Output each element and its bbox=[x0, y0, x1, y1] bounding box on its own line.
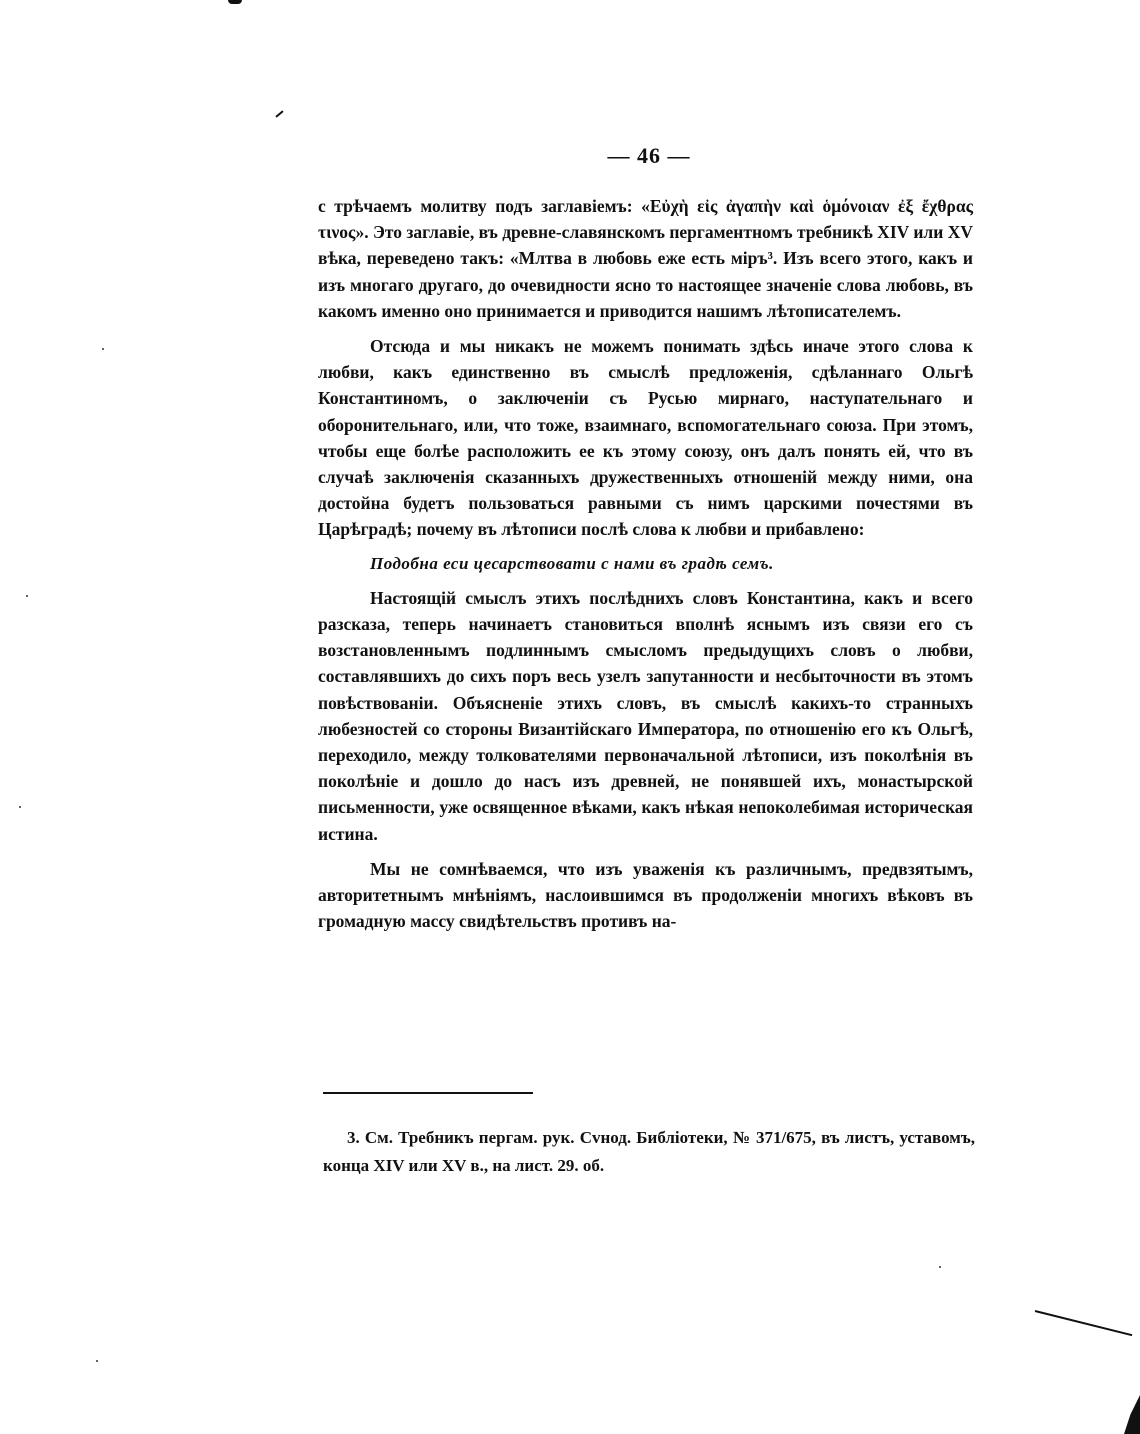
scan-artifact-stroke bbox=[275, 110, 283, 117]
footnote-divider bbox=[323, 1092, 533, 1094]
scan-speck bbox=[19, 806, 21, 808]
footnote: 3. См. Требникъ пергам. рук. Сvнод. Библ… bbox=[323, 1124, 975, 1180]
main-text: с трѣчаемъ молитву подъ заглавіемъ: «Εὐχ… bbox=[318, 193, 973, 934]
scan-speck bbox=[26, 595, 28, 597]
footnote-text: 3. См. Требникъ пергам. рук. Сvнод. Библ… bbox=[323, 1124, 975, 1180]
page-number: — 46 — bbox=[0, 143, 1140, 169]
paragraph-1: с трѣчаемъ молитву подъ заглавіемъ: «Εὐχ… bbox=[318, 193, 973, 324]
scan-artifact-bottom-right-line bbox=[1035, 1310, 1133, 1336]
scan-speck bbox=[96, 1360, 98, 1362]
scan-artifact-top bbox=[228, 0, 242, 4]
paragraph-3: Настоящій смыслъ этихъ послѣднихъ словъ … bbox=[318, 585, 973, 847]
slavonic-quote: Подобна еси цесарствовати с нами въ град… bbox=[370, 551, 973, 577]
scan-speck bbox=[102, 348, 104, 350]
scan-artifact-bottom-right-corner bbox=[1124, 1395, 1140, 1434]
scan-speck bbox=[939, 1266, 941, 1268]
paragraph-2: Отсюда и мы никакъ не можемъ понимать зд… bbox=[318, 333, 973, 543]
paragraph-4: Мы не сомнѣваемся, что изъ уваженія къ р… bbox=[318, 856, 973, 935]
